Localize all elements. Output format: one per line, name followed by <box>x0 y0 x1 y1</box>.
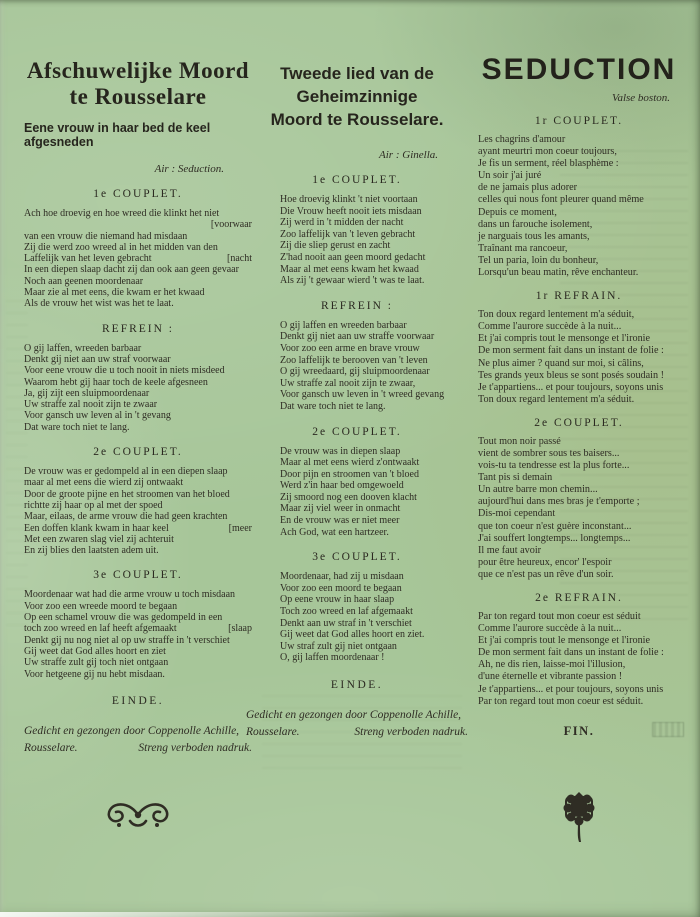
stanza-line: Uw straffe zult gij toch niet ontgaan <box>24 657 252 668</box>
scroll-flourish-icon <box>24 799 252 833</box>
stanza-line: Dat ware toch niet te lang. <box>280 401 468 413</box>
stanza-line: Traînant ma rancoeur, <box>478 243 686 255</box>
stanza-line: richtte zij haar op al met der spoed <box>24 500 252 511</box>
stanza-line: Lorsqu'un beau matin, rêve enchanteur. <box>478 267 686 279</box>
credit-notice: Streng verboden nadruk. <box>138 740 252 757</box>
credit-place: Rousselare. <box>24 740 78 757</box>
stanza-line: Je t'appartiens... et pour toujours, soy… <box>478 684 686 696</box>
stanza-line: Denkt gij nu nog niet al op uw straffe i… <box>24 635 252 646</box>
song3-air-label: Valse boston. <box>472 92 686 104</box>
stanza-line: Die Vrouw heeft nooit iets misdaan <box>280 206 468 218</box>
couplet-heading: 2e COUPLET. <box>24 446 252 458</box>
stanza-line: Ah, ne dis rien, laisse-moi l'illusion, <box>478 659 686 671</box>
stanza-line: Noch aan geenen moordenaar <box>24 276 252 287</box>
song1-refrein: REFREIN : O gij laffen, wreeden barbaarD… <box>24 323 252 433</box>
stanza-line: O gij laffen en wreeden barbaar <box>280 320 468 332</box>
couplet-heading: 2e COUPLET. <box>246 426 468 438</box>
song3-couplet-1: 1r COUPLET. Les chagrins d'amourayant me… <box>472 115 686 279</box>
stanza-line: Zoo laffelijk van 't leven gebracht <box>280 229 468 241</box>
stanza-line: de ne jamais plus adorer <box>478 182 686 194</box>
stanza-line: Un autre barre mon chemin... <box>478 484 686 496</box>
stanza-line: Par ton regard tout mon coeur est séduit… <box>478 696 686 708</box>
song3-refrain-1: 1r REFRAIN. Ton doux regard lentement m'… <box>472 290 686 406</box>
stanza-line: Tel un paria, loin du bonheur, <box>478 255 686 267</box>
stanza-line: Gij weet dat God alles hoort en ziet. <box>280 629 468 641</box>
stanza-line: Uw straffe zal nooit zijn te zwaar, <box>280 378 468 390</box>
stanza: O gij laffen, wreeden barbaarDenkt gij n… <box>24 343 252 433</box>
stanza-line: que ton coeur n'est guère inconstant... <box>478 521 686 533</box>
song2-title: Tweede lied van de Geheimzinnige Moord t… <box>246 62 468 131</box>
stanza-line: De mon serment fait dans un instant de f… <box>478 345 686 357</box>
stanza-line: van een vrouw die niemand had misdaan <box>24 231 252 242</box>
stanza-line: Moordenaar, had zij u misdaan <box>280 571 468 583</box>
stanza-line: Zij werd in 't midden der nacht <box>280 217 468 229</box>
stanza-line: En zij blies den laatsten adem uit. <box>24 545 252 556</box>
refrein-heading: REFREIN : <box>246 300 468 312</box>
song1-title: Afschuwelijke Moord te Rousselare <box>24 58 252 110</box>
stanza-line: Dis-moi cependant <box>478 508 686 520</box>
song3-refrain-2: 2e REFRAIN. Par ton regard tout mon coeu… <box>472 592 686 708</box>
stanza-line: Je t'appartiens... et pour toujours, soy… <box>478 382 686 394</box>
stanza-line: dans un farouche isolement, <box>478 219 686 231</box>
stanza-line: De vrouw was in diepen slaap <box>280 446 468 458</box>
couplet-heading: 1e COUPLET. <box>246 174 468 186</box>
stanza-line: Toch zoo wreed en laf afgemaakt <box>280 606 468 618</box>
credit-line: Gedicht en gezongen door Coppenolle Achi… <box>246 707 468 724</box>
einde-label: EINDE. <box>246 679 468 691</box>
stanza: Hoe droevig klinkt 't niet voortaanDie V… <box>246 194 468 287</box>
stanza-line: Il me faut avoir <box>478 545 686 557</box>
fin-label: FIN. <box>564 724 595 739</box>
song2-couplet-2: 2e COUPLET. De vrouw was in diepen slaap… <box>246 426 468 539</box>
stanza-line: Denkt gij niet aan uw straffe voorwaar <box>280 331 468 343</box>
credit-place: Rousselare. <box>246 724 300 741</box>
stanza-line: Je fis un serment, réel blasphème : <box>478 158 686 170</box>
stanza-line: Maar, eilaas, de arme vrouw die had geen… <box>24 511 252 522</box>
einde-label: EINDE. <box>24 695 252 707</box>
stanza: Moordenaar, had zij u misdaanVoor zoo ee… <box>246 571 468 664</box>
stanza-line: [voorwaar <box>24 219 252 230</box>
stanza-line: Et j'ai compris tout le mensonge et l'ir… <box>478 333 686 345</box>
couplet-heading: 3e COUPLET. <box>246 551 468 563</box>
song2-air-label: Air : Ginella. <box>246 149 468 161</box>
song2-couplet-3: 3e COUPLET. Moordenaar, had zij u misdaa… <box>246 551 468 664</box>
stanza-line: Comme l'aurore succède à la nuit... <box>478 623 686 635</box>
refrein-heading: REFREIN : <box>24 323 252 335</box>
stanza-line: Met een zwaren slag viel zij achteruit <box>24 534 252 545</box>
stanza: Ton doux regard lentement m'a séduit,Com… <box>472 309 686 406</box>
song1-subtitle: Eene vrouw in haar bed de keel afgesnede… <box>24 121 252 149</box>
stanza: Par ton regard tout mon coeur est séduit… <box>472 611 686 708</box>
stanza: Tout mon noir passévient de sombrer sous… <box>472 436 686 581</box>
stanza-line: Denkt gij niet aan uw straf voorwaar <box>24 354 252 365</box>
stanza-line: O, gij laffen moordenaar ! <box>280 652 468 664</box>
broadside-sheet: Afschuwelijke Moord te Rousselare Eene v… <box>0 0 700 917</box>
song1-couplet-3: 3e COUPLET. Moordenaar wat had die arme … <box>24 569 252 679</box>
stanza-line: Een doffen klank kwam in haar keel[meer <box>24 523 252 534</box>
stanza-line: Comme l'aurore succède à la nuit... <box>478 321 686 333</box>
stanza-line: Ton doux regard lentement m'a séduit. <box>478 394 686 406</box>
stanza-line: Uw straf zult gij niet ontgaan <box>280 641 468 653</box>
stanza-line: Les chagrins d'amour <box>478 134 686 146</box>
stanza-line: Ja, gij zijt een sluipmoordenaar <box>24 388 252 399</box>
stanza-line: vient de sombrer sous tes baisers... <box>478 448 686 460</box>
stanza-line: Voor gansch uw leven in 't wreed gevang <box>280 389 468 401</box>
stanza-line: je narguais tous les amants, <box>478 231 686 243</box>
stanza: Moordenaar wat had die arme vrouw u toch… <box>24 589 252 679</box>
song1-title-line1: Afschuwelijke Moord <box>27 58 249 83</box>
faded-stamp-mark <box>652 722 684 737</box>
stanza-line: Voor zoo een wreede moord te begaan <box>24 601 252 612</box>
stanza-line: Maar al met eens wierd z'ontwaakt <box>280 457 468 469</box>
stanza: Les chagrins d'amourayant meurtri mon co… <box>472 134 686 279</box>
stanza-line: toch zoo wreed en laf heeft afgemaakt[sl… <box>24 623 252 634</box>
stanza-line: Dat ware toch niet te lang. <box>24 422 252 433</box>
stanza-line: celles qui nous font pleurer quand même <box>478 194 686 206</box>
stanza-line: Hoe droevig klinkt 't niet voortaan <box>280 194 468 206</box>
stanza-line: Zij die sliep gerust en zacht <box>280 240 468 252</box>
song2-title-line1: Tweede lied van de Geheimzinnige <box>280 64 434 106</box>
stanza-line: Door de groote pijne en het stroomen van… <box>24 489 252 500</box>
stanza-line: En de vrouw was er niet meer <box>280 515 468 527</box>
stanza-line: Ach hoe droevig en hoe wreed die klinkt … <box>24 208 252 219</box>
stanza-line: Voor zoo een arme en brave vrouw <box>280 343 468 355</box>
stanza-line: Par ton regard tout mon coeur est séduit <box>478 611 686 623</box>
credit-line: Rousselare. Streng verboden nadruk. <box>24 740 252 757</box>
stanza-line: Waarom hebt gij haar toch de keele afges… <box>24 377 252 388</box>
stanza: De vrouw was in diepen slaapMaar al met … <box>246 446 468 539</box>
stanza: De vrouw was er gedompeld al in een diep… <box>24 466 252 556</box>
stanza-line: Maar al met eens kwam het kwaad <box>280 264 468 276</box>
credit-notice: Streng verboden nadruk. <box>354 724 468 741</box>
stanza-line: Depuis ce moment, <box>478 207 686 219</box>
song1-couplet-1: 1e COUPLET. Ach hoe droevig en hoe wreed… <box>24 188 252 310</box>
song1-title-line2: te Rousselare <box>69 84 206 109</box>
stanza-line: Tout mon noir passé <box>478 436 686 448</box>
paper-edge-highlight <box>0 912 406 917</box>
stanza-line: O gij wreedaard, gij sluipmoordenaar <box>280 366 468 378</box>
stanza-line: In een diepen slaap dacht zij dan ook aa… <box>24 264 252 275</box>
fin-row: FIN. <box>472 722 686 740</box>
column-seduction-song: SEDUCTION Valse boston. 1r COUPLET. Les … <box>472 54 686 846</box>
stanza-line: Tant pis si demain <box>478 472 686 484</box>
stanza-line: Voor gansch uw leven al in 't gevang <box>24 410 252 421</box>
stanza-line: Ne plus aimer ? quand sur moi, si câlins… <box>478 358 686 370</box>
stanza-line: Voor hetgeene gij nu hebt misdaan. <box>24 669 252 680</box>
stanza-line: Ton doux regard lentement m'a séduit, <box>478 309 686 321</box>
stanza-line: Door pijn en stroomen van 't bloed <box>280 469 468 481</box>
song2-couplet-1: 1e COUPLET. Hoe droevig klinkt 't niet v… <box>246 174 468 287</box>
couplet-heading: 1e COUPLET. <box>24 188 252 200</box>
stanza-line: Tes grands yeux bleus se sont posés soud… <box>478 370 686 382</box>
stanza-line: Maar zij viel weer in onmacht <box>280 503 468 515</box>
stanza-line: ayant meurtri mon coeur toujours, <box>478 146 686 158</box>
stanza-line: Werd z'in haar bed omgewoeld <box>280 480 468 492</box>
stanza-line: De vrouw was er gedompeld al in een diep… <box>24 466 252 477</box>
refrain-heading: 1r REFRAIN. <box>472 290 686 302</box>
couplet-heading: 1r COUPLET. <box>472 115 686 127</box>
stanza-line: Als zij 't gewaar wierd 't was te laat. <box>280 275 468 287</box>
stanza-line: Moordenaar wat had die arme vrouw u toch… <box>24 589 252 600</box>
stanza-line: vois-tu ta tendresse est la plus forte..… <box>478 460 686 472</box>
stanza-line: pour être heureux, encor' l'espoir <box>478 557 686 569</box>
column-first-song: Afschuwelijke Moord te Rousselare Eene v… <box>24 58 252 833</box>
stanza-line: Zoo laffelijk te berooven van 't leven <box>280 355 468 367</box>
song2-refrein: REFREIN : O gij laffen en wreeden barbaa… <box>246 300 468 413</box>
stanza-line: aujourd'hui dans mes bras je t'emporte ; <box>478 496 686 508</box>
flower-ornament-icon <box>472 788 686 846</box>
stanza-line: Op een schamel vrouw die was gedompeld i… <box>24 612 252 623</box>
stanza: Ach hoe droevig en hoe wreed die klinkt … <box>24 208 252 310</box>
stanza-line: Zij die werd zoo wreed al in het midden … <box>24 242 252 253</box>
stanza-line: Maar zie al met eens, die kwam er het kw… <box>24 287 252 298</box>
couplet-heading: 2e COUPLET. <box>472 417 686 429</box>
song2-credits: Gedicht en gezongen door Coppenolle Achi… <box>246 707 468 741</box>
song2-title-line2: Moord te Rousselare. <box>271 110 444 129</box>
credit-line: Gedicht en gezongen door Coppenolle Achi… <box>24 723 252 740</box>
stanza-line: Op eene vrouw in haar slaap <box>280 594 468 606</box>
column-second-song: Tweede lied van de Geheimzinnige Moord t… <box>246 62 468 741</box>
song3-title: SEDUCTION <box>472 54 686 86</box>
stanza-line: De mon serment fait dans un instant de f… <box>478 647 686 659</box>
stanza-line: Voor eene vrouw die u toch nooit in niet… <box>24 365 252 376</box>
couplet-heading: 3e COUPLET. <box>24 569 252 581</box>
stanza-line: Denkt aan uw straf in 't verschiet <box>280 618 468 630</box>
song1-air-label: Air : Seduction. <box>24 163 252 175</box>
song1-credits: Gedicht en gezongen door Coppenolle Achi… <box>24 723 252 757</box>
stanza-line: d'une éternelle et vibrante passion ! <box>478 671 686 683</box>
stanza-line: Gij weet dat God alles hoort en ziet <box>24 646 252 657</box>
stanza-line: Als de vrouw het wist was het te laat. <box>24 298 252 309</box>
stanza-line: Z'had nooit aan geen moord gedacht <box>280 252 468 264</box>
refrain-heading: 2e REFRAIN. <box>472 592 686 604</box>
stanza-line: Uw straffe zal nooit zijn te zwaar <box>24 399 252 410</box>
stanza-line: Voor zoo een moord te begaan <box>280 583 468 595</box>
stanza-line: que ce n'est pas un rêve d'un soir. <box>478 569 686 581</box>
stanza-line: Un soir j'ai juré <box>478 170 686 182</box>
stanza-line: Laffelijk van het leven gebracht[nacht <box>24 253 252 264</box>
credit-line: Rousselare. Streng verboden nadruk. <box>246 724 468 741</box>
stanza-line: Zij smoord nog een dooven klacht <box>280 492 468 504</box>
song1-couplet-2: 2e COUPLET. De vrouw was er gedompeld al… <box>24 446 252 556</box>
song3-couplet-2: 2e COUPLET. Tout mon noir passévient de … <box>472 417 686 581</box>
stanza: O gij laffen en wreeden barbaarDenkt gij… <box>246 320 468 413</box>
stanza-line: Et j'ai compris tout le mensonge et l'ir… <box>478 635 686 647</box>
stanza-line: Ach God, wat een hartzeer. <box>280 527 468 539</box>
stanza-line: O gij laffen, wreeden barbaar <box>24 343 252 354</box>
stanza-line: J'ai souffert longtemps... longtemps... <box>478 533 686 545</box>
stanza-line: maar al met eens die wierd zij ontwaakt <box>24 477 252 488</box>
